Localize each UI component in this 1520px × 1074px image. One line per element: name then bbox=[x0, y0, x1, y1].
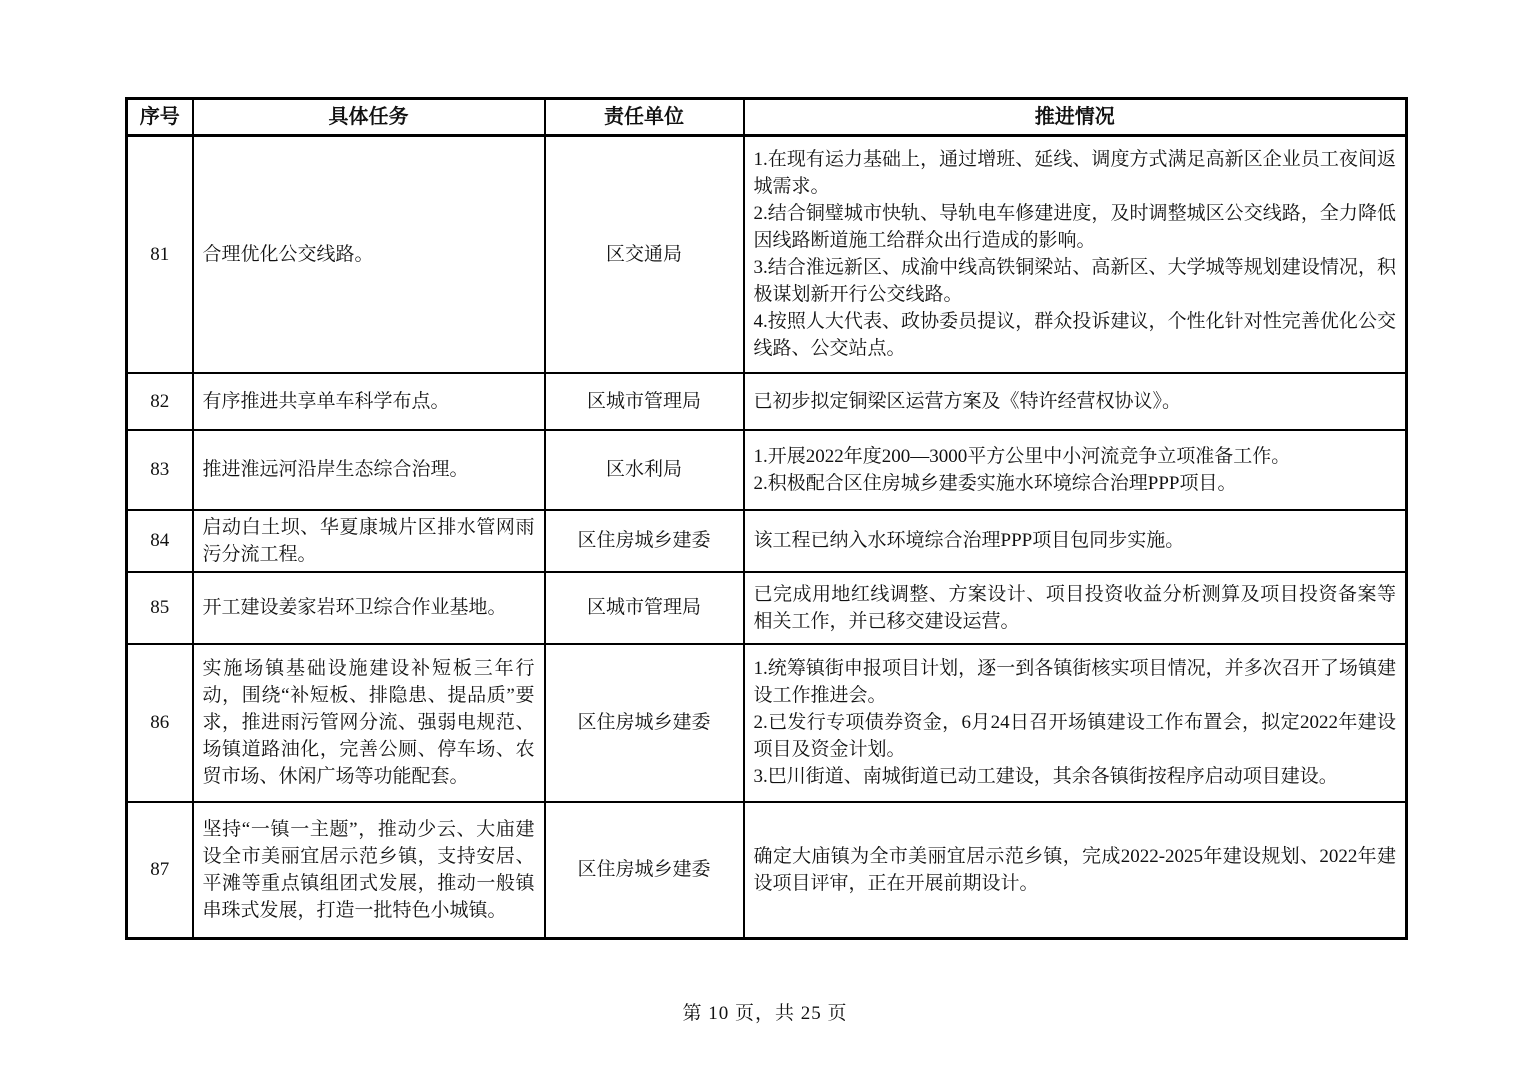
task-progress-table: 序号 具体任务 责任单位 推进情况 81 合理优化公交线路。 区交通局 1.在现… bbox=[125, 97, 1408, 940]
header-row: 序号 具体任务 责任单位 推进情况 bbox=[127, 99, 1407, 136]
table-row: 87 坚持“一镇一主题”，推动少云、大庙建设全市美丽宜居示范乡镇，支持安居、平滩… bbox=[127, 802, 1407, 939]
table-row: 86 实施场镇基础设施建设补短板三年行动，围绕“补短板、排隐患、提品质”要求，推… bbox=[127, 644, 1407, 802]
cell-task: 启动白土坝、华夏康城片区排水管网雨污分流工程。 bbox=[193, 510, 545, 572]
column-header-progress: 推进情况 bbox=[744, 99, 1407, 136]
cell-unit: 区住房城乡建委 bbox=[545, 510, 744, 572]
cell-progress: 该工程已纳入水环境综合治理PPP项目包同步实施。 bbox=[744, 510, 1407, 572]
cell-progress: 1.在现有运力基础上，通过增班、延线、调度方式满足高新区企业员工夜间返城需求。 … bbox=[744, 136, 1407, 373]
table-row: 84 启动白土坝、华夏康城片区排水管网雨污分流工程。 区住房城乡建委 该工程已纳… bbox=[127, 510, 1407, 572]
cell-no: 86 bbox=[127, 644, 193, 802]
cell-task: 合理优化公交线路。 bbox=[193, 136, 545, 373]
cell-task: 坚持“一镇一主题”，推动少云、大庙建设全市美丽宜居示范乡镇，支持安居、平滩等重点… bbox=[193, 802, 545, 939]
cell-no: 87 bbox=[127, 802, 193, 939]
cell-task: 开工建设姜家岩环卫综合作业基地。 bbox=[193, 572, 545, 644]
cell-progress: 1.开展2022年度200—3000平方公里中小河流竞争立项准备工作。 2.积极… bbox=[744, 430, 1407, 510]
cell-progress: 1.统筹镇街申报项目计划，逐一到各镇街核实项目情况，并多次召开了场镇建设工作推进… bbox=[744, 644, 1407, 802]
table-row: 82 有序推进共享单车科学布点。 区城市管理局 已初步拟定铜梁区运营方案及《特许… bbox=[127, 373, 1407, 430]
cell-unit: 区城市管理局 bbox=[545, 373, 744, 430]
table-row: 83 推进淮远河沿岸生态综合治理。 区水利局 1.开展2022年度200—300… bbox=[127, 430, 1407, 510]
cell-no: 81 bbox=[127, 136, 193, 373]
cell-task: 有序推进共享单车科学布点。 bbox=[193, 373, 545, 430]
cell-task: 实施场镇基础设施建设补短板三年行动，围绕“补短板、排隐患、提品质”要求，推进雨污… bbox=[193, 644, 545, 802]
cell-unit: 区住房城乡建委 bbox=[545, 802, 744, 939]
cell-progress: 已初步拟定铜梁区运营方案及《特许经营权协议》。 bbox=[744, 373, 1407, 430]
cell-progress: 确定大庙镇为全市美丽宜居示范乡镇，完成2022-2025年建设规划、2022年建… bbox=[744, 802, 1407, 939]
cell-no: 85 bbox=[127, 572, 193, 644]
cell-unit: 区住房城乡建委 bbox=[545, 644, 744, 802]
column-header-task: 具体任务 bbox=[193, 99, 545, 136]
table-row: 85 开工建设姜家岩环卫综合作业基地。 区城市管理局 已完成用地红线调整、方案设… bbox=[127, 572, 1407, 644]
task-progress-table-container: 序号 具体任务 责任单位 推进情况 81 合理优化公交线路。 区交通局 1.在现… bbox=[125, 97, 1405, 940]
cell-unit: 区城市管理局 bbox=[545, 572, 744, 644]
cell-no: 84 bbox=[127, 510, 193, 572]
cell-unit: 区水利局 bbox=[545, 430, 744, 510]
cell-task: 推进淮远河沿岸生态综合治理。 bbox=[193, 430, 545, 510]
page-footer: 第 10 页，共 25 页 bbox=[125, 998, 1405, 1025]
column-header-unit: 责任单位 bbox=[545, 99, 744, 136]
cell-no: 83 bbox=[127, 430, 193, 510]
cell-progress: 已完成用地红线调整、方案设计、项目投资收益分析测算及项目投资备案等相关工作，并已… bbox=[744, 572, 1407, 644]
column-header-no: 序号 bbox=[127, 99, 193, 136]
cell-no: 82 bbox=[127, 373, 193, 430]
cell-unit: 区交通局 bbox=[545, 136, 744, 373]
table-row: 81 合理优化公交线路。 区交通局 1.在现有运力基础上，通过增班、延线、调度方… bbox=[127, 136, 1407, 373]
